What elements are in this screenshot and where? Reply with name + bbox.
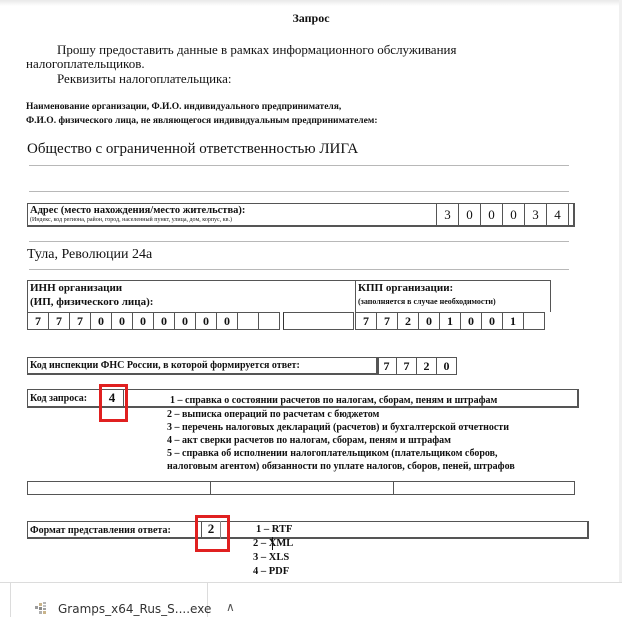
request-option-5-cont: налоговым агентом) обязанности по уплате… <box>167 461 515 474</box>
address-underline-1 <box>29 241 569 242</box>
inn-cell[interactable]: 0 <box>196 313 217 330</box>
inn-spacer-cell <box>283 312 354 330</box>
format-row: Формат представления ответа: <box>27 521 589 539</box>
chevron-up-icon[interactable]: ∧ <box>226 600 235 614</box>
inn-label-2: (ИП, физического лица): <box>30 296 153 308</box>
kpp-cell[interactable]: 7 <box>356 313 377 330</box>
address-value[interactable]: Тула, Революции 24а <box>27 247 152 263</box>
viewer-top-shadow <box>0 0 622 6</box>
inn-cell[interactable]: 0 <box>91 313 112 330</box>
insp-cell[interactable]: 2 <box>417 358 437 375</box>
organization-name-field[interactable]: Общество с ограниченной ответственностью… <box>27 141 358 158</box>
inn-cell[interactable]: 0 <box>133 313 154 330</box>
address-label: Адрес (место нахождения/место жительства… <box>30 205 245 216</box>
text-cursor <box>272 537 273 550</box>
format-option-4: 4 – PDF <box>253 566 289 579</box>
postal-cell[interactable]: 4 <box>547 204 569 227</box>
postal-cell[interactable]: 0 <box>481 204 503 227</box>
inn-cell[interactable]: 0 <box>175 313 196 330</box>
request-code-highlight <box>99 384 128 422</box>
address-underline-2 <box>29 269 569 270</box>
inn-label-1: ИНН организации <box>30 282 122 294</box>
kpp-cells[interactable]: 77201001 <box>355 312 545 330</box>
request-option-4: 4 – акт сверки расчетов по налогам, сбор… <box>167 435 451 448</box>
inn-cell[interactable]: 0 <box>112 313 133 330</box>
download-item[interactable]: Gramps_x64_Rus_S....exe ∧ <box>10 583 208 617</box>
empty-row <box>27 481 575 495</box>
request-option-1: 1 – справка о состоянии расчетов по нало… <box>170 395 497 408</box>
format-highlight <box>195 515 230 552</box>
kpp-cell[interactable]: 7 <box>377 313 398 330</box>
postal-cell[interactable]: 0 <box>459 204 481 227</box>
insp-cell[interactable]: 7 <box>377 358 397 375</box>
kpp-cell[interactable]: 1 <box>503 313 524 330</box>
inn-cell[interactable] <box>259 313 280 330</box>
inn-cell[interactable] <box>238 313 259 330</box>
page-title: Запрос <box>0 11 622 26</box>
inn-kpp-header: ИНН организации (ИП, физического лица): … <box>27 280 551 312</box>
insp-cell[interactable]: 0 <box>437 358 457 375</box>
kpp-cell[interactable] <box>524 313 545 330</box>
name-underline-1 <box>29 165 569 166</box>
request-option-2: 2 – выписка операций по расчетам с бюдже… <box>167 409 379 422</box>
inn-cell[interactable]: 0 <box>217 313 238 330</box>
request-code-label: Код запроса: <box>30 393 87 404</box>
inn-cell[interactable]: 0 <box>154 313 175 330</box>
download-bar: Gramps_x64_Rus_S....exe ∧ <box>0 582 622 617</box>
postal-cell[interactable]: 3 <box>437 204 459 227</box>
postal-code-cells[interactable]: 300034 <box>436 203 569 227</box>
postal-cell[interactable]: 3 <box>525 204 547 227</box>
inn-cell[interactable]: 7 <box>28 313 49 330</box>
kpp-hint: (заполняется в случае необходимости) <box>358 297 496 306</box>
inn-cell[interactable]: 7 <box>49 313 70 330</box>
format-option-1: 1 – RTF <box>256 524 292 537</box>
installer-file-icon <box>35 602 49 614</box>
format-option-3: 3 – XLS <box>253 552 289 565</box>
inspection-code-cells[interactable]: 7720 <box>376 357 457 375</box>
kpp-cell[interactable]: 2 <box>398 313 419 330</box>
requisites-label: Реквизиты налогоплательщика: <box>57 72 232 86</box>
inspection-label: Код инспекции ФНС России, в которой форм… <box>30 360 300 371</box>
kpp-cell[interactable]: 1 <box>440 313 461 330</box>
intro-line-1: Прошу предоставить данные в рамках инфор… <box>57 43 456 57</box>
request-option-5: 5 – справка об исполнении налогоплательщ… <box>167 448 498 461</box>
address-hint: (Индекс, код региона, район, город, насе… <box>30 217 232 223</box>
name-underline-2 <box>29 191 569 192</box>
inn-cell[interactable]: 7 <box>70 313 91 330</box>
inn-cells[interactable]: 7770000000 <box>27 312 280 330</box>
kpp-cell[interactable]: 0 <box>419 313 440 330</box>
insp-cell[interactable]: 7 <box>397 358 417 375</box>
kpp-cell[interactable]: 0 <box>461 313 482 330</box>
format-label: Формат представления ответа: <box>30 525 171 536</box>
postal-cell[interactable]: 0 <box>503 204 525 227</box>
name-label-line-2: Ф.И.О. физического лица, не являющегося … <box>26 113 378 129</box>
request-option-3: 3 – перечень налоговых деклараций (расче… <box>167 422 509 435</box>
intro-line-2: налогоплательщиков. <box>26 57 145 71</box>
inspection-row: Код инспекции ФНС России, в которой форм… <box>27 357 379 375</box>
kpp-label: КПП организации: <box>358 282 453 294</box>
format-option-2: 2 – XML <box>253 538 293 551</box>
kpp-cell[interactable]: 0 <box>482 313 503 330</box>
download-file-name[interactable]: Gramps_x64_Rus_S....exe <box>58 602 211 616</box>
